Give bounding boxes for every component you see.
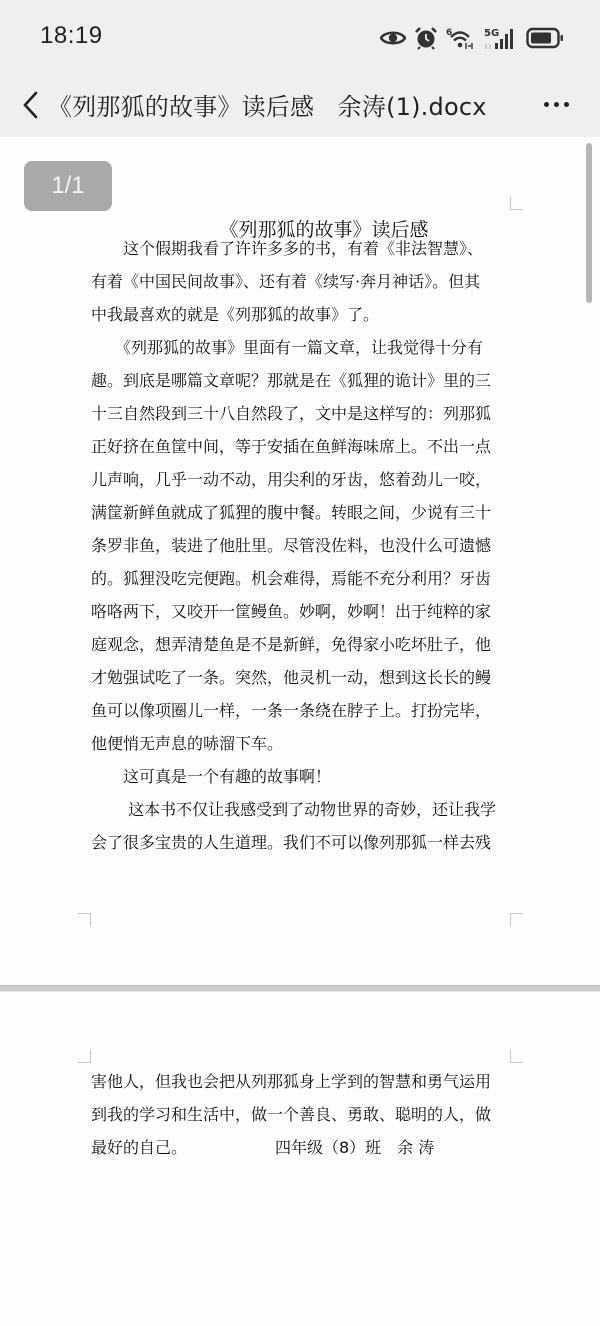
text-line: 才勉强试吃了一条。突然，他灵机一动，想到这长长的鳗 (91, 661, 511, 694)
more-dot-icon (554, 102, 559, 107)
more-dot-icon (544, 102, 549, 107)
text-line: 咯咯两下，又咬开一筐鳗鱼。妙啊，妙啊！出于纯粹的家 (91, 595, 511, 628)
page2-body: 害他人，但我也会把从列那狐身上学到的智慧和勇气运用 到我的学习和生活中，做一个善… (91, 1065, 511, 1164)
more-dot-icon (564, 102, 569, 107)
text-line: 满筐新鲜鱼就成了狐狸的腹中餐。转眼之间，少说有三十 (91, 496, 511, 529)
text-line: 害他人，但我也会把从列那狐身上学到的智慧和勇气运用 (91, 1065, 511, 1098)
text-line: 这个假期我看了许许多多的书，有着《非法智慧》、 (91, 232, 511, 265)
text-line: 《列那狐的故事》里面有一篇文章，让我觉得十分有 (91, 331, 511, 364)
text-line: 这本书不仅让我感受到了动物世界的奇妙，还让我学 (91, 793, 511, 826)
text-line: 他便悄无声息的哧溜下车。 (91, 727, 511, 760)
app-bar: 《列那狐的故事》读后感 余涛(1).docx (0, 75, 600, 137)
text-line: 中我最喜欢的就是《列那狐的故事》了。 (91, 298, 511, 331)
svg-text:5G: 5G (484, 28, 499, 39)
text-line: 最好的自己。 四年级（8）班 余 涛 (91, 1131, 511, 1164)
document-viewer[interactable]: 《列那狐的故事》读后感 这个假期我看了许许多多的书，有着《非法智慧》、 有着《中… (0, 137, 600, 1326)
battery-icon (526, 27, 564, 49)
text-line: 趣。到底是哪篇文章呢？那就是在《狐狸的诡计》里的三 (91, 364, 511, 397)
document-title: 《列那狐的故事》读后感 余涛(1).docx (48, 87, 487, 122)
eye-icon (380, 28, 406, 48)
text-line: 这可真是一个有趣的故事啊！ (91, 760, 511, 793)
text-line: 的。狐狸没吃完便跑。机会难得，焉能不充分利用？牙齿 (91, 562, 511, 595)
text-line: 儿声响，几乎一动不动，用尖利的牙齿，悠着劲儿一咬， (91, 463, 511, 496)
alarm-clock-icon (414, 26, 438, 50)
margin-corner-mark (510, 197, 523, 210)
margin-corner-mark (510, 1050, 523, 1063)
text-line: 庭观念，想弄清楚鱼是不是新鲜，免得家小吃坏肚子，他 (91, 628, 511, 661)
wifi-6-icon: 6 (446, 26, 476, 50)
text-line: 鱼可以像项圈儿一样，一条一条绕在脖子上。打扮完毕， (91, 694, 511, 727)
chevron-left-icon (21, 90, 41, 120)
back-button[interactable] (14, 85, 48, 125)
text-line: 正好挤在鱼筐中间，等于安插在鱼鲜海味席上。不出一点 (91, 430, 511, 463)
vertical-scrollbar[interactable] (586, 143, 592, 303)
text-line: 条罗非鱼，装进了他肚里。尽管没佐料，也没什么可遗憾 (91, 529, 511, 562)
page-separator (0, 985, 600, 992)
status-icons: 6 5G (380, 24, 564, 52)
text-line: 到我的学习和生活中，做一个善良、勇敢、聪明的人，做 (91, 1098, 511, 1131)
text-line: 会了很多宝贵的人生道理。我们不可以像列那狐一样去残 (91, 826, 511, 859)
text-line: 十三自然段到三十八自然段了，文中是这样写的：列那狐 (91, 397, 511, 430)
5g-signal-icon: 5G (484, 26, 518, 50)
status-bar: 18:19 6 5G (0, 0, 600, 75)
page-indicator: 1/1 (24, 161, 112, 211)
margin-corner-mark (510, 913, 523, 926)
text-line: 有着《中国民间故事》、还有着《续写·奔月神话》。但其 (91, 265, 511, 298)
margin-corner-mark (78, 913, 91, 926)
margin-corner-mark (78, 1050, 91, 1063)
status-time: 18:19 (40, 22, 103, 50)
more-options-button[interactable] (536, 89, 576, 119)
page1-body: 这个假期我看了许许多多的书，有着《非法智慧》、 有着《中国民间故事》、还有着《续… (91, 232, 511, 859)
